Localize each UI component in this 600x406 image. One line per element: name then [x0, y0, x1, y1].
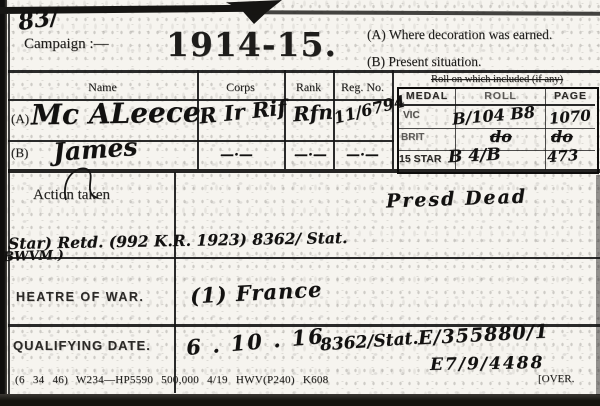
campaign-value: 1914-15.	[166, 25, 337, 64]
pen-flourish	[58, 164, 118, 202]
col-header-corps: Corps	[197, 80, 284, 95]
scan-edge-right	[596, 175, 600, 395]
medal-col-header: MEDAL	[399, 90, 455, 102]
rule-action-bottom	[8, 257, 600, 259]
corps-ditto-mark: —·—	[220, 147, 253, 163]
divider-lower-label-column	[174, 172, 176, 393]
printer-code: (6 34 46) W234—HP5590 500,000 4/19 HWV(P…	[15, 374, 329, 386]
scan-edge-top-right	[252, 10, 600, 16]
british-roll-ditto: do	[490, 127, 512, 146]
rank-ditto-mark: —·—	[294, 147, 327, 163]
col-header-rank: Rank	[284, 80, 333, 95]
surname-value: Mc ALeece	[31, 96, 201, 132]
qualifying-date-label: QUALIFYING DATE.	[13, 338, 151, 353]
col-header-reg-no: Reg. No.	[333, 80, 392, 95]
forename-value: James	[52, 132, 138, 167]
medal-name-victory: VIC	[403, 110, 420, 121]
divider-reg-roll	[392, 70, 394, 169]
rank-value: Rfn	[292, 100, 333, 127]
rule-card-left	[8, 14, 10, 394]
page-col-header: PAGE	[546, 90, 595, 102]
action-note-line-2: BWVM.)	[3, 248, 64, 265]
theatre-of-war-label: HEATRE OF WAR.	[16, 290, 144, 304]
scan-edge-left	[0, 0, 7, 406]
qualifying-ref-stat: 8362/Stat.	[319, 329, 419, 356]
row-b-label: (B)	[11, 145, 28, 161]
present-situation-note: Presd Dead	[386, 186, 528, 213]
over-note: [OVER.	[538, 373, 574, 385]
corner-reference-note: 83/	[16, 3, 60, 36]
medal-name-british: BRIT	[401, 132, 424, 143]
reg-no-ditto-mark: —·—	[346, 147, 379, 163]
qualifying-date-value: 6 . 10 . 16	[185, 323, 326, 360]
star-roll-value: B 4/B	[448, 145, 502, 168]
legend-b: (B) Present situation.	[367, 54, 481, 70]
row-a-label: (A)	[11, 111, 29, 127]
british-page-ditto: do	[551, 127, 573, 146]
victory-page-value: 1070	[548, 106, 591, 128]
star-page-value: 473	[546, 146, 578, 166]
medal-roll-caption: Roll on which included (if any)	[397, 74, 597, 85]
rule-header-bottom	[8, 70, 600, 73]
medal-name-15-star: 15 STAR	[399, 153, 441, 165]
scan-edge-bottom	[0, 394, 600, 406]
roll-col-header: ROLL	[456, 90, 545, 102]
medal-index-card-scan: 83/ Campaign :— 1914-15. (A) Where decor…	[0, 0, 600, 406]
regimental-number-value: 11/6794	[332, 91, 407, 127]
campaign-label: Campaign :—	[24, 36, 109, 53]
legend-a: (A) Where decoration was earned.	[367, 27, 552, 43]
col-header-name: Name	[8, 80, 197, 95]
theatre-of-war-value: (1) France	[189, 277, 323, 309]
qualifying-ref-e794488: E7/9/4488	[430, 353, 545, 375]
